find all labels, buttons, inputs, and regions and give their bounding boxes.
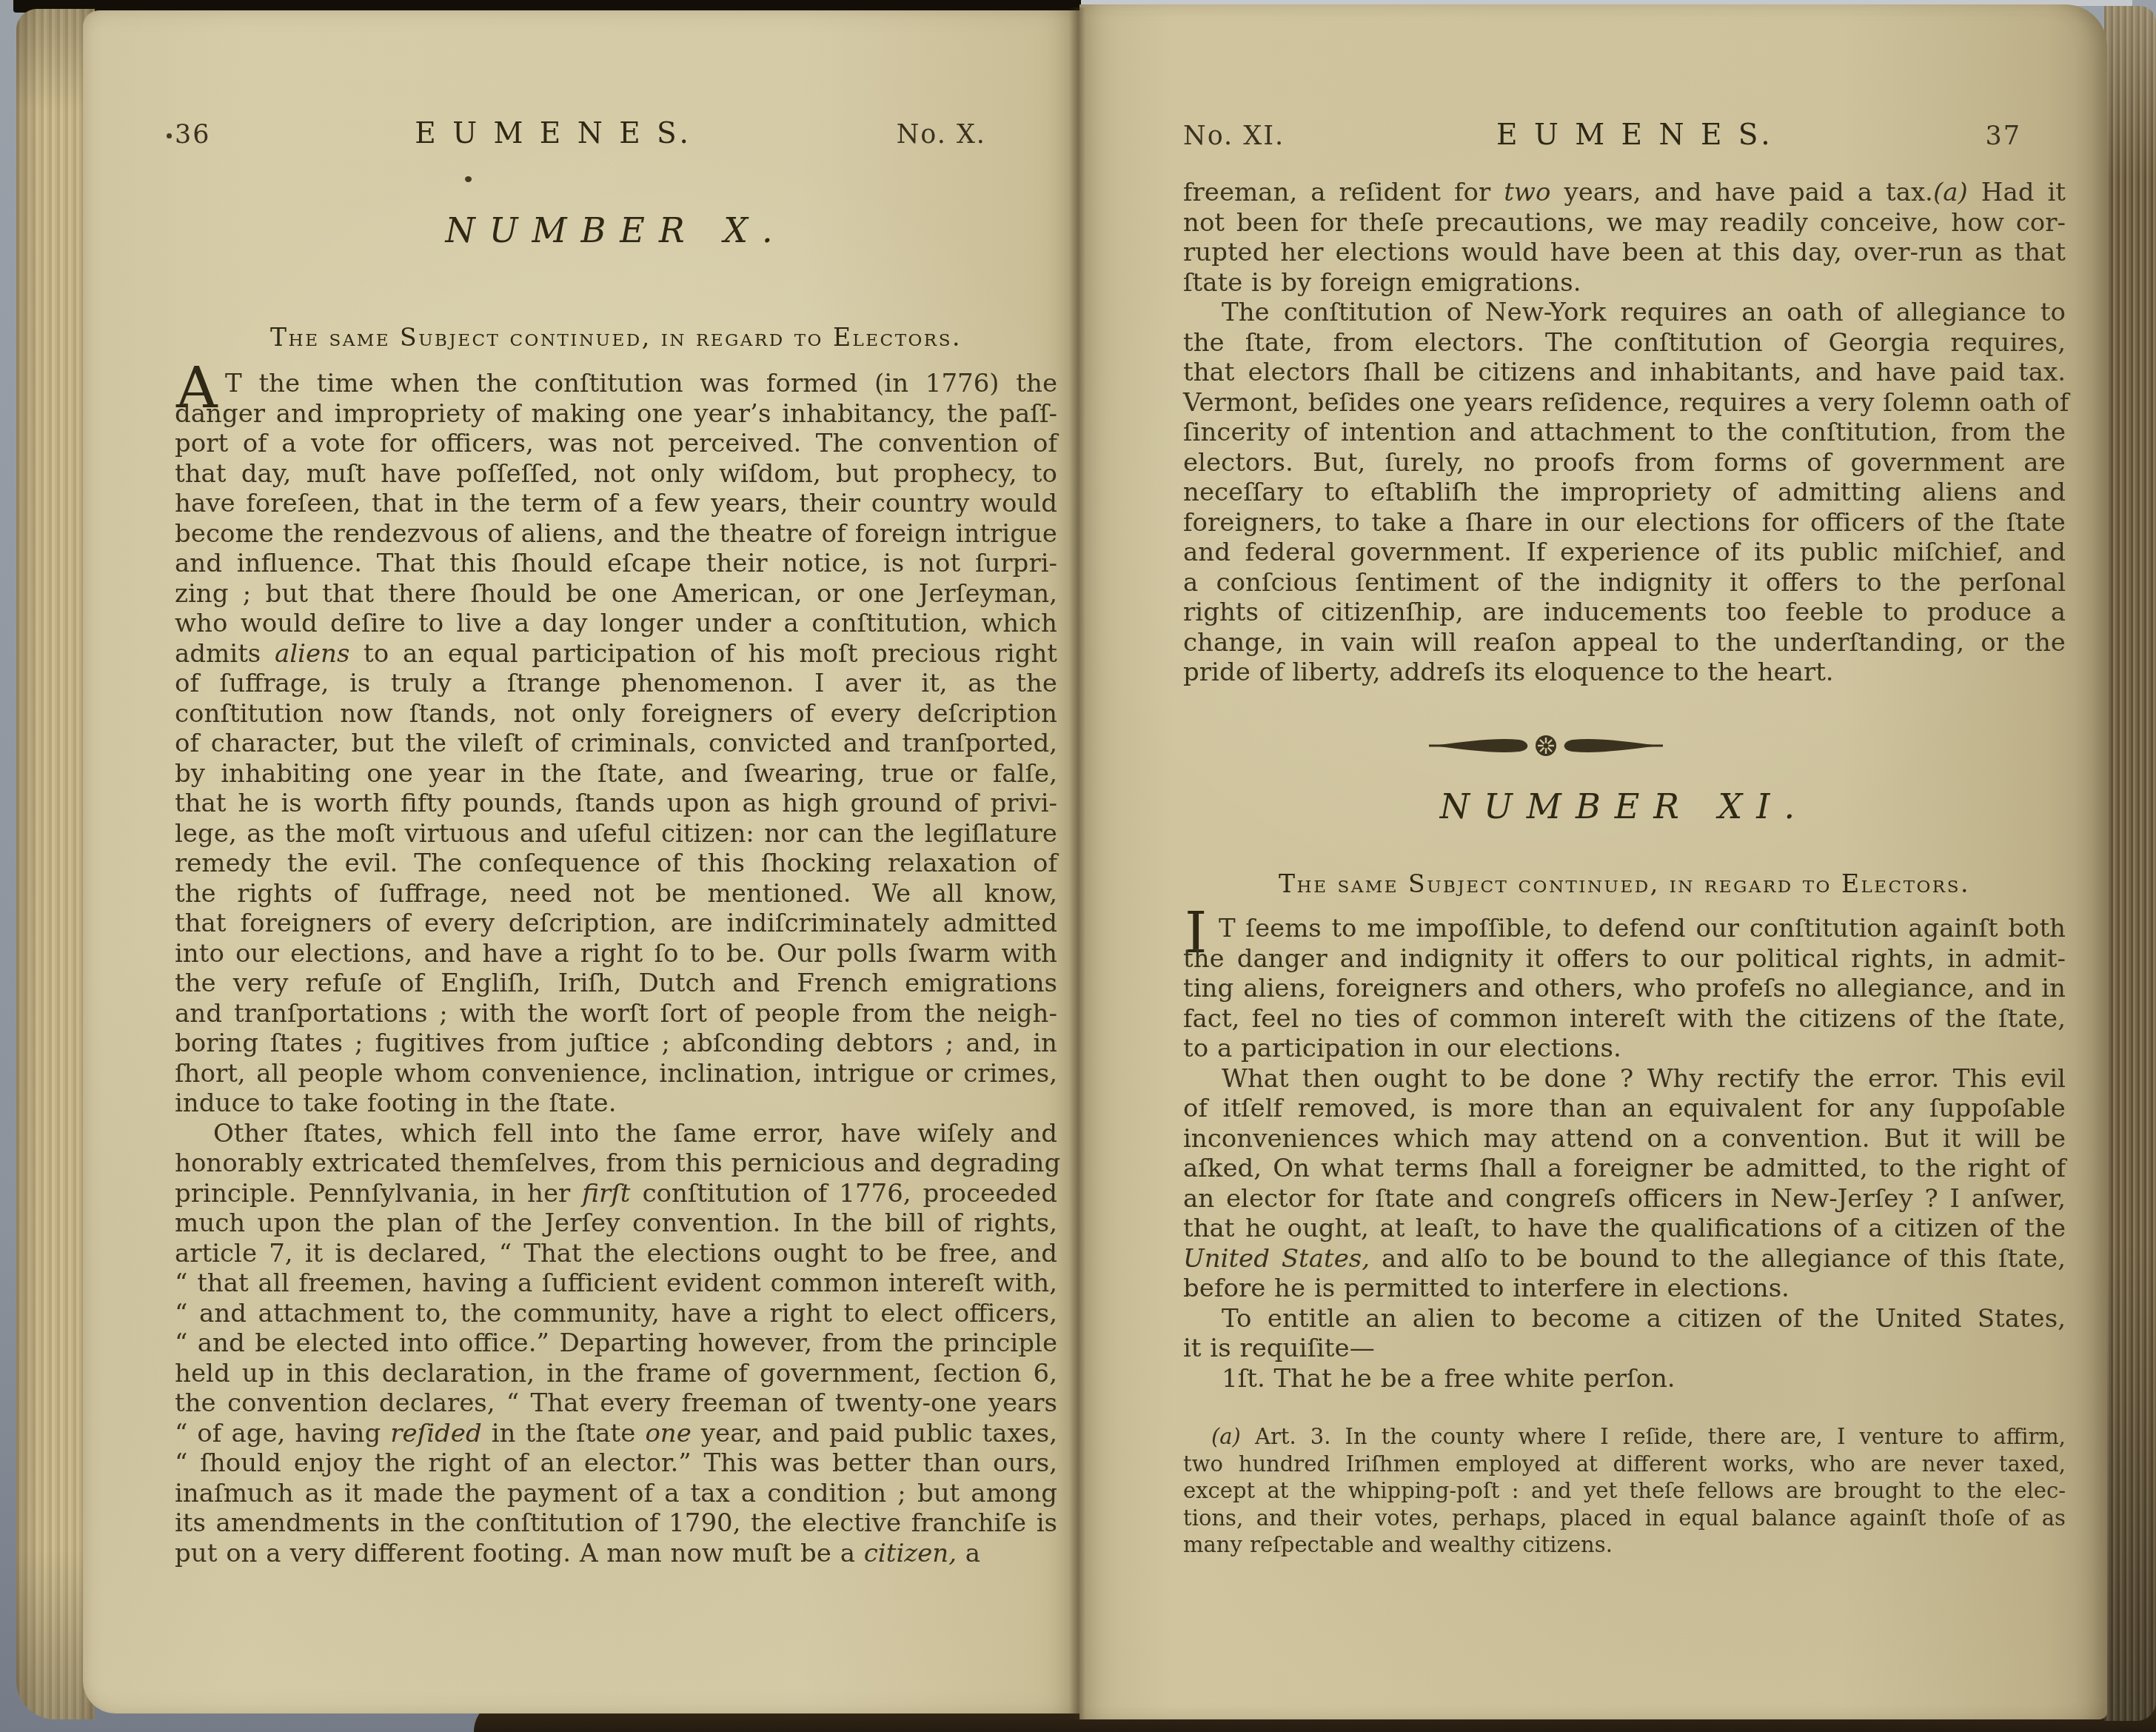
text-line: rights of citizenſhip, are inducements t… — [1183, 598, 2066, 628]
text-line: ſtate is by foreign emigrations. — [1183, 268, 2066, 298]
text-line: “ and be elected into office.” Departing… — [175, 1328, 1057, 1359]
right-body-text: T ſeems to me impoſſible, to defend our … — [1183, 914, 2066, 1394]
text-line: rupted her elections would have been at … — [1183, 238, 2066, 268]
right-running-title: E U M E N E S. — [1496, 118, 1773, 152]
text-line: and tranſportations ; with the worſt ſor… — [175, 999, 1057, 1029]
text-line: pride of liberty, addreſs its eloquence … — [1183, 658, 2066, 688]
text-line: the danger and indignity it offers to ou… — [1183, 944, 2066, 974]
text-line: “ and attachment to, the community, have… — [175, 1299, 1057, 1329]
text-line: The conſtitution of New-York requires an… — [1183, 298, 2066, 328]
text-line: put on a very different footing. A man n… — [175, 1539, 1057, 1569]
text-line: and influence. That this ſhould eſcape t… — [175, 549, 1057, 579]
text-line: of character, but the vileſt of criminal… — [175, 729, 1057, 759]
section-heading-number-x: NUMBER X. — [175, 210, 1057, 250]
left-running-header: 36 E U M E N E S. No. X. — [175, 117, 1057, 150]
text-line: T ſeems to me impoſſible, to defend our … — [1183, 914, 2066, 944]
text-line: zing ; but that there ſhould be one Amer… — [175, 579, 1057, 609]
text-line: What then ought to be done ? Why rectify… — [1183, 1064, 2066, 1094]
text-line: article 7, it is declared, “ That the el… — [175, 1239, 1057, 1269]
text-line: T the time when the conſtitution was for… — [175, 369, 1057, 399]
text-line: the ſtate, from electors. The conſtituti… — [1183, 328, 2066, 358]
text-line: who would deſire to live a day longer un… — [175, 609, 1057, 639]
text-line: neceſſary to eſtabliſh the impropriety o… — [1183, 478, 2066, 508]
text-line: “ of age, having reſided in the ſtate on… — [175, 1419, 1057, 1449]
text-line: boring ſtates ; fugitives from juſtice ;… — [175, 1029, 1057, 1059]
text-line: that day, muſt have poſſeſſed, not only … — [175, 459, 1057, 489]
left-running-title: E U M E N E S. — [415, 117, 692, 150]
book-spread-scan: 36 E U M E N E S. No. X. NUMBER X. The s… — [0, 0, 2156, 1732]
text-line: danger and impropriety of making one yea… — [175, 399, 1057, 429]
text-line: an elector for ſtate and congreſs office… — [1183, 1184, 2066, 1214]
text-line: change, in vain will reaſon appeal to th… — [1183, 628, 2066, 658]
right-subject-line: The same Subject continued, in regard to… — [1183, 869, 2066, 898]
text-line: into our elections, and have a right ſo … — [175, 939, 1057, 969]
footnote-text: (a) Art. 3. In the county where I reſide… — [1183, 1423, 2066, 1559]
text-line: Vermont, beſides one years reſidence, re… — [1183, 388, 2066, 418]
text-line: the rights of ſuffrage, need not be ment… — [175, 879, 1057, 909]
text-line: aſked, On what terms ſhall a foreigner b… — [1183, 1154, 2066, 1184]
text-line: honorably extricated themſelves, from th… — [175, 1148, 1057, 1179]
text-line: port of a vote for officers, was not per… — [175, 429, 1057, 459]
right-issue-label: No. XI. — [1183, 121, 1285, 151]
text-line: electors. But, ſurely, no proofs from fo… — [1183, 448, 2066, 478]
text-line: 1ſt. That he be a free white perſon. — [1183, 1364, 2066, 1394]
left-body-text: T the time when the conſtitution was for… — [175, 369, 1057, 1568]
text-line: many reſpectable and wealthy citizens. — [1183, 1531, 2066, 1559]
text-line: remedy the evil. The conſequence of this… — [175, 849, 1057, 879]
left-subject-line: The same Subject continued, in regard to… — [175, 323, 1057, 352]
text-line: become the rendezvous of aliens, and the… — [175, 519, 1057, 549]
text-line: ſincerity of intention and attachment to… — [1183, 418, 2066, 448]
text-line: except at the whipping-poſt : and yet th… — [1183, 1477, 2066, 1505]
text-line: that he is worth fifty pounds, ſtands up… — [175, 789, 1057, 819]
text-line: of itſelf removed, is more than an equiv… — [1183, 1094, 2066, 1124]
text-line: its amendments in the conſtitution of 17… — [175, 1508, 1057, 1539]
text-line: that he ought, at leaſt, to have the qua… — [1183, 1214, 2066, 1244]
text-line: have foreſeen, that in the term of a few… — [175, 489, 1057, 519]
text-line: foreigners, to take a ſhare in our elect… — [1183, 508, 2066, 538]
text-line: (a) Art. 3. In the county where I reſide… — [1183, 1423, 2066, 1451]
section-heading-number-xi: NUMBER XI. — [1183, 786, 2066, 826]
text-line: not been for theſe precautions, we may r… — [1183, 208, 2066, 238]
text-line: to a participation in our elections. — [1183, 1034, 2066, 1064]
ink-speck — [167, 133, 172, 138]
text-line: it is requiſite— — [1183, 1334, 2066, 1364]
text-line: the convention declares, “ That every fr… — [175, 1388, 1057, 1419]
right-continuation-text: freeman, a reſident for two years, and h… — [1183, 178, 2066, 688]
text-line: freeman, a reſident for two years, and h… — [1183, 178, 2066, 208]
text-line: fact, feel no ties of common intereſt wi… — [1183, 1004, 2066, 1034]
fleuron-divider-icon — [1427, 729, 1664, 762]
text-line: conſtitution now ſtands, not only foreig… — [175, 699, 1057, 729]
text-line: inconveniences which may attend on a con… — [1183, 1124, 2066, 1154]
text-line: of ſuffrage, is truly a ſtrange phenomen… — [175, 669, 1057, 699]
text-line: induce to take footing in the ſtate. — [175, 1089, 1057, 1119]
text-line: much upon the plan of the Jerſey convent… — [175, 1208, 1057, 1239]
text-line: a conſcious ſentiment of the indignity i… — [1183, 568, 2066, 598]
text-line: that electors ſhall be citizens and inha… — [1183, 358, 2066, 388]
gutter-shadow — [1069, 7, 1085, 1719]
text-line: admits aliens to an equal participation … — [175, 639, 1057, 669]
text-line: ſhort, all people whom convenience, incl… — [175, 1059, 1057, 1089]
text-line: tions, and their votes, perhaps, placed … — [1183, 1505, 2066, 1532]
right-fore-edge — [2104, 6, 2156, 1721]
text-line: two hundred Iriſhmen employed at differe… — [1183, 1451, 2066, 1478]
text-line: and federal government. If experience of… — [1183, 538, 2066, 568]
left-issue-label: No. X. — [897, 120, 986, 150]
text-line: before he is permitted to interfere in e… — [1183, 1274, 2066, 1304]
text-line: Other ſtates, which fell into the ſame e… — [175, 1119, 1057, 1149]
right-page-number: 37 — [1985, 121, 2021, 151]
text-line: “ that all freemen, having a ſufficient … — [175, 1268, 1057, 1299]
text-line: held up in this declaration, in the fram… — [175, 1359, 1057, 1389]
right-running-header: No. XI. E U M E N E S. 37 — [1183, 118, 2066, 152]
left-page-number: 36 — [175, 120, 211, 150]
text-line: principle. Pennſylvania, in her firſt co… — [175, 1179, 1057, 1209]
text-line: ting aliens, foreigners and others, who … — [1183, 974, 2066, 1004]
text-line: lege, as the moſt virtuous and uſeful ci… — [175, 819, 1057, 849]
text-line: the very refuſe of Engliſh, Iriſh, Dutch… — [175, 969, 1057, 999]
text-line: “ ſhould enjoy the right of an elector.”… — [175, 1448, 1057, 1479]
ink-speck — [465, 176, 472, 182]
text-line: To entitle an alien to become a citizen … — [1183, 1304, 2066, 1334]
text-line: that foreigners of every deſcription, ar… — [175, 909, 1057, 939]
text-line: United States, and alſo to be bound to t… — [1183, 1244, 2066, 1274]
text-line: by inhabiting one year in the ſtate, and… — [175, 759, 1057, 789]
text-line: inaſmuch as it made the payment of a tax… — [175, 1479, 1057, 1509]
